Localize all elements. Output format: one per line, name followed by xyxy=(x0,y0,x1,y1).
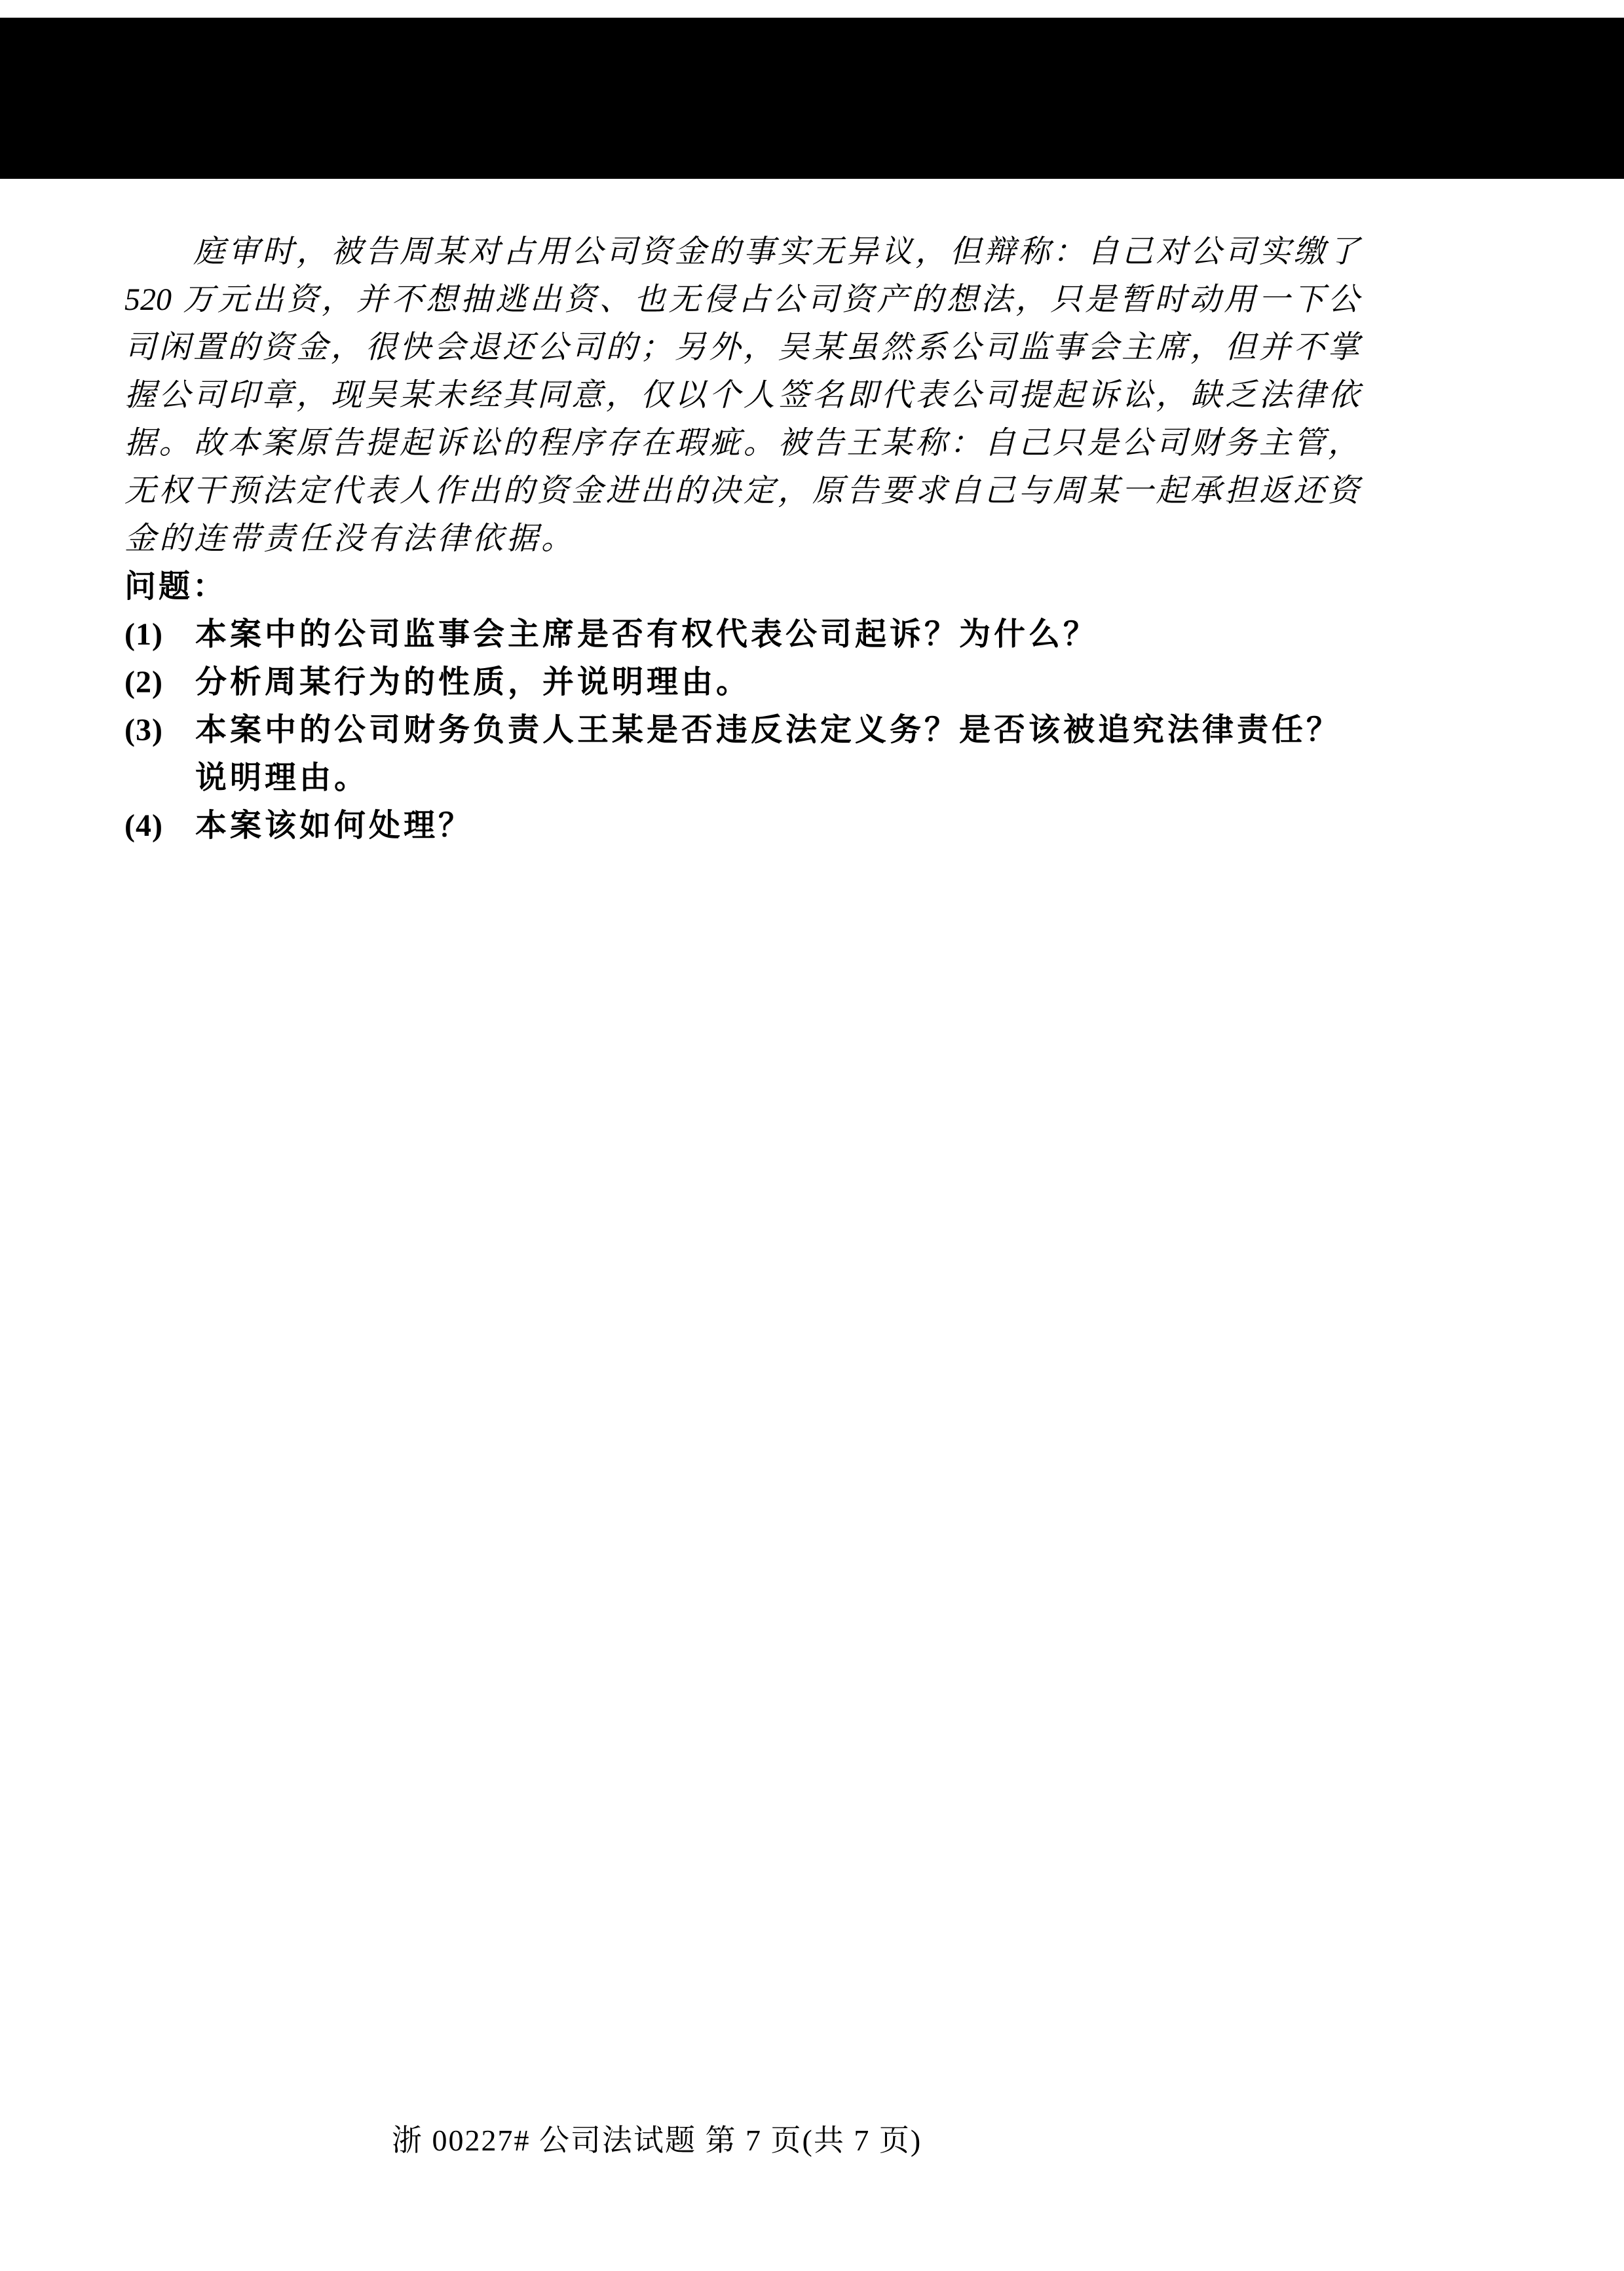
question-item-1: (1)本案中的公司监事会主席是否有权代表公司起诉？为什么？ xyxy=(124,610,1359,658)
question-item-3-continuation: 说明理由。 xyxy=(124,754,1359,802)
paragraph-line: 司闲置的资金，很快会退还公司的；另外，吴某虽然系公司监事会主席，但并不掌 xyxy=(124,324,1359,371)
paragraph-line: 据。故本案原告提起诉讼的程序存在瑕疵。被告王某称：自己只是公司财务主管， xyxy=(124,419,1359,467)
paragraph-line: 庭审时，被告周某对占用公司资金的事实无异议，但辩称：自己对公司实缴了 xyxy=(124,228,1359,276)
question-item-2: (2)分析周某行为的性质，并说明理由。 xyxy=(124,658,1359,706)
question-number: (1) xyxy=(124,610,195,658)
redaction-bar xyxy=(0,18,1624,179)
exam-page: 庭审时，被告周某对占用公司资金的事实无异议，但辩称：自己对公司实缴了 520 万… xyxy=(0,0,1624,2271)
question-text: 本案中的公司财务负责人王某是否违反法定义务？是否该被追究法律责任？ xyxy=(195,713,1341,747)
question-number: (4) xyxy=(124,802,195,850)
paragraph-line: 520 万元出资，并不想抽逃出资、也无侵占公司资产的想法，只是暂时动用一下公 xyxy=(124,276,1359,324)
question-text: 说明理由。 xyxy=(195,760,369,795)
question-text: 本案中的公司监事会主席是否有权代表公司起诉？为什么？ xyxy=(195,617,1098,652)
page-footer: 浙 00227# 公司法试题 第 7 页(共 7 页) xyxy=(392,2122,922,2159)
question-text: 本案该如何处理？ xyxy=(195,808,473,843)
case-text-block: 庭审时，被告周某对占用公司资金的事实无异议，但辩称：自己对公司实缴了 520 万… xyxy=(124,228,1359,850)
question-number: (3) xyxy=(124,706,195,754)
question-item-3: (3)本案中的公司财务负责人王某是否违反法定义务？是否该被追究法律责任？ xyxy=(124,706,1359,754)
question-number: (2) xyxy=(124,658,195,706)
questions-heading: 问题： xyxy=(124,563,1359,610)
paragraph-line: 无权干预法定代表人作出的资金进出的决定，原告要求自己与周某一起承担返还资 xyxy=(124,467,1359,515)
question-item-4: (4)本案该如何处理？ xyxy=(124,802,1359,850)
question-text: 分析周某行为的性质，并说明理由。 xyxy=(195,665,751,700)
paragraph-line: 金的连带责任没有法律依据。 xyxy=(124,515,1359,563)
paragraph-line: 握公司印章，现吴某未经其同意，仅以个人签名即代表公司提起诉讼，缺乏法律依 xyxy=(124,371,1359,419)
